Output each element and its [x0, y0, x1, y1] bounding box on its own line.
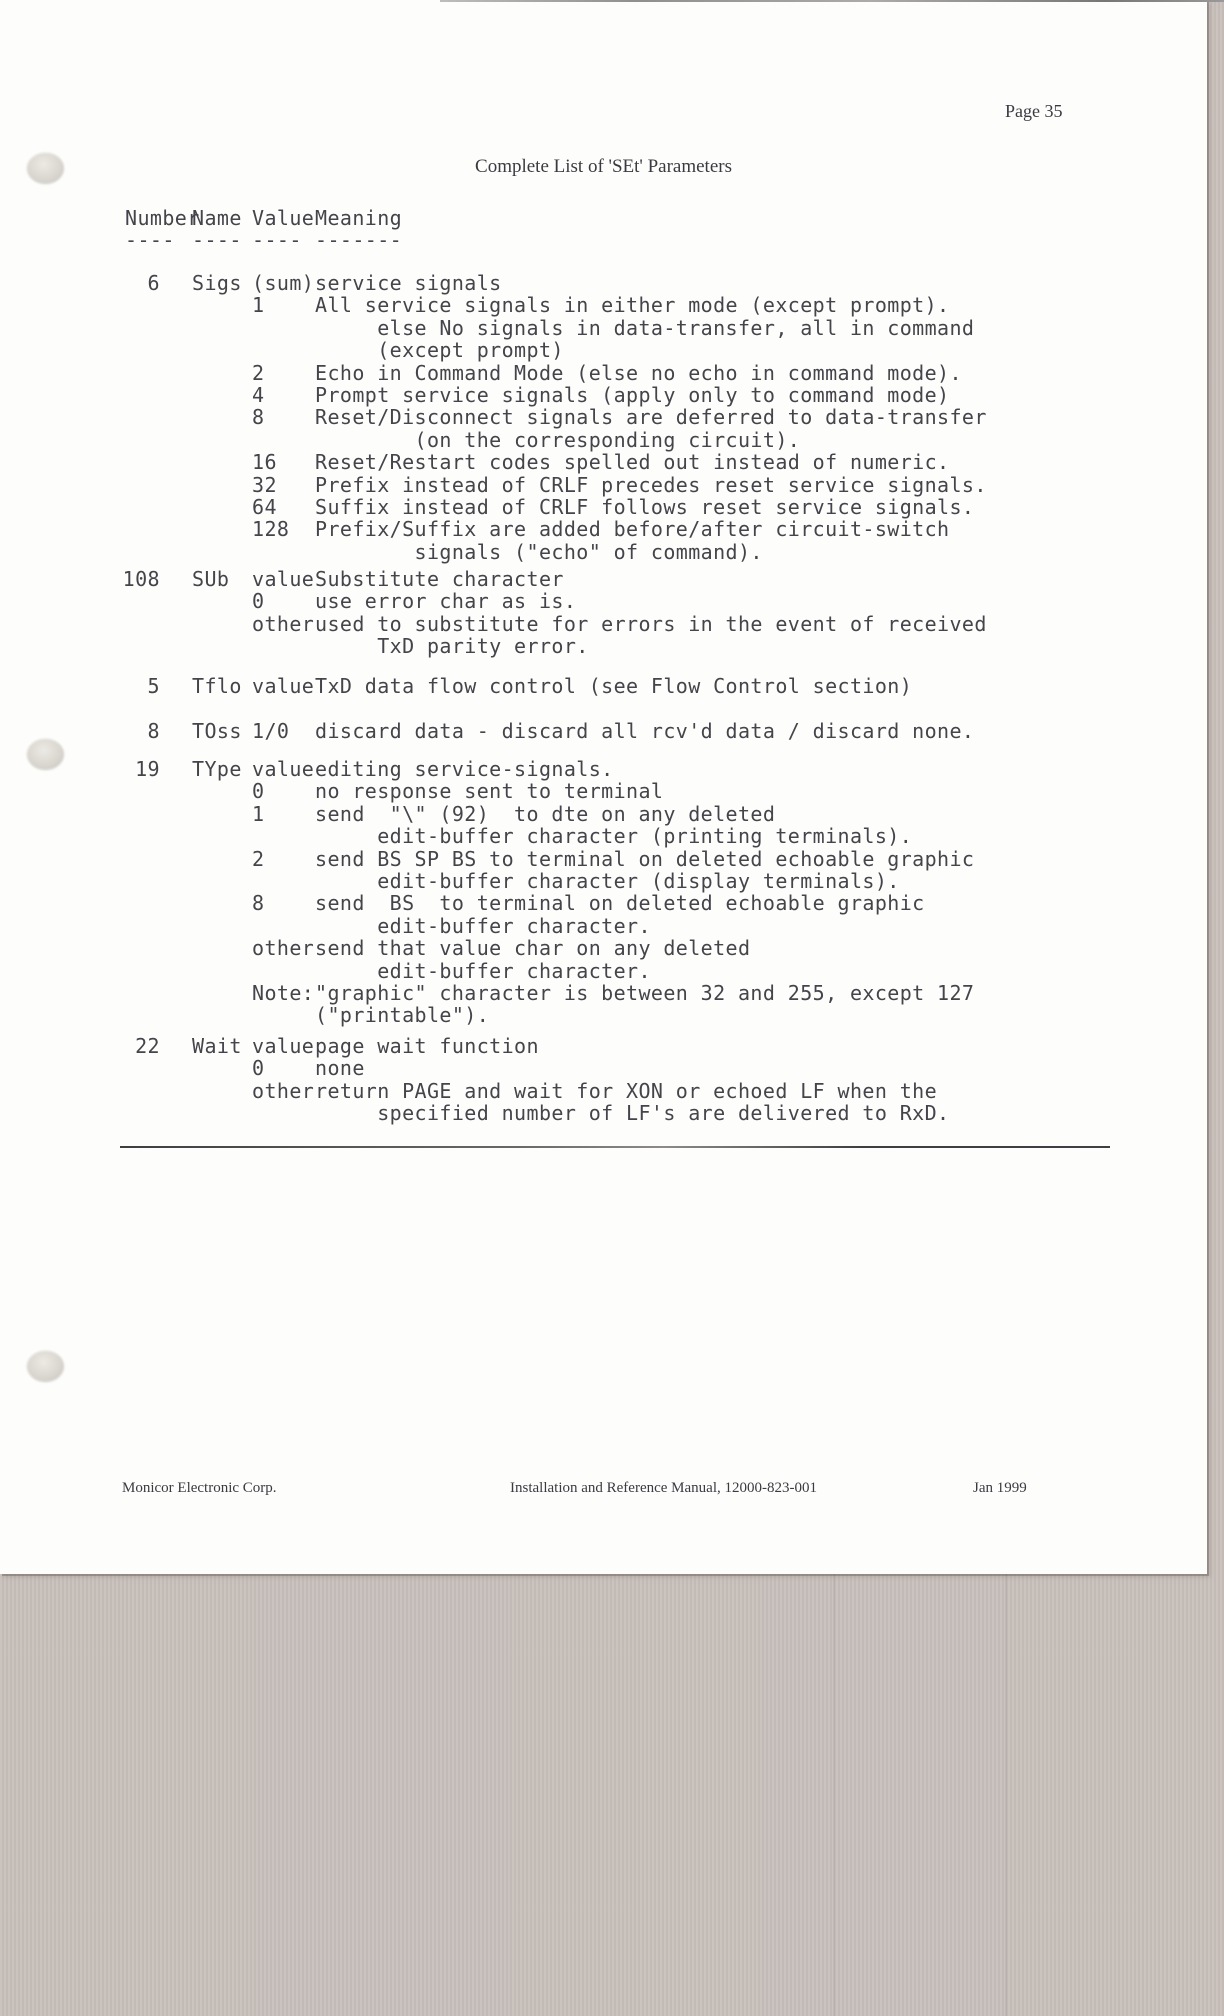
table-row: 108SUbvalueSubstitute character — [0, 568, 1207, 590]
scan-streak — [833, 1574, 835, 2016]
table-row: 6Sigs(sum)service signals — [0, 272, 1207, 294]
value-cell: 128 — [252, 518, 289, 540]
scan-background: { "page": { "page_number_label": "Page 3… — [0, 0, 1224, 2016]
underline-value: ---- — [252, 228, 302, 252]
table-row: 0no response sent to terminal — [0, 780, 1207, 802]
table-row: 8Reset/Disconnect signals are deferred t… — [0, 406, 1207, 428]
meaning-cell: edit-buffer character (printing terminal… — [315, 825, 912, 847]
underline-number: ---- — [125, 228, 175, 252]
table-row: specified number of LF's are delivered t… — [0, 1102, 1207, 1124]
meaning-cell: edit-buffer character. — [315, 960, 651, 982]
meaning-cell: send "\" (92) to dte on any deleted — [315, 803, 775, 825]
table-row: othersend that value char on any deleted — [0, 937, 1207, 959]
table-row: otherused to substitute for errors in th… — [0, 613, 1207, 635]
meaning-cell: Reset/Disconnect signals are deferred to… — [315, 406, 987, 428]
value-cell: 8 — [252, 406, 264, 428]
table-row: 8TOss1/0discard data - discard all rcv'd… — [0, 720, 1207, 742]
table-row: edit-buffer character. — [0, 915, 1207, 937]
table-row: signals ("echo" of command). — [0, 541, 1207, 563]
name-cell: Sigs — [192, 272, 242, 294]
underline-meaning: ------- — [315, 228, 402, 252]
meaning-cell: no response sent to terminal — [315, 780, 663, 802]
table-row: 1send "\" (92) to dte on any deleted — [0, 803, 1207, 825]
meaning-cell: else No signals in data-transfer, all in… — [315, 317, 974, 339]
table-row: edit-buffer character. — [0, 960, 1207, 982]
footer-manual-title: Installation and Reference Manual, 12000… — [510, 1480, 817, 1497]
parameter-table: Number Name Value Meaning ---- ---- ----… — [0, 0, 1207, 1574]
meaning-cell: Reset/Restart codes spelled out instead … — [315, 451, 950, 473]
table-row: edit-buffer character (display terminals… — [0, 870, 1207, 892]
table-row: 8send BS to terminal on deleted echoable… — [0, 892, 1207, 914]
table-row: 32Prefix instead of CRLF precedes reset … — [0, 474, 1207, 496]
value-cell: other — [252, 937, 314, 959]
value-cell: 16 — [252, 451, 277, 473]
value-cell: 2 — [252, 848, 264, 870]
value-cell: 1 — [252, 294, 264, 316]
table-header-row: Number Name Value Meaning — [0, 206, 1207, 228]
number-cell: 8 — [92, 720, 160, 742]
number-cell: 6 — [92, 272, 160, 294]
table-row: 0none — [0, 1057, 1207, 1079]
header-number: Number — [125, 206, 200, 230]
value-cell: (sum) — [252, 272, 314, 294]
meaning-cell: Prefix instead of CRLF precedes reset se… — [315, 474, 987, 496]
name-cell: TOss — [192, 720, 242, 742]
value-cell: 8 — [252, 892, 264, 914]
meaning-cell: Prompt service signals (apply only to co… — [315, 384, 950, 406]
value-cell: value — [252, 568, 314, 590]
meaning-cell: send that value char on any deleted — [315, 937, 750, 959]
table-header-underline-row: ---- ---- ---- ------- — [0, 228, 1207, 250]
meaning-cell: TxD parity error. — [315, 635, 589, 657]
table-row: 16Reset/Restart codes spelled out instea… — [0, 451, 1207, 473]
table-row: Note:"graphic" character is between 32 a… — [0, 982, 1207, 1004]
value-cell: 32 — [252, 474, 277, 496]
meaning-cell: edit-buffer character (display terminals… — [315, 870, 900, 892]
name-cell: Tflo — [192, 675, 242, 697]
table-row: 5TflovalueTxD data flow control (see Flo… — [0, 675, 1207, 697]
value-cell: 1/0 — [252, 720, 289, 742]
table-row: ("printable"). — [0, 1004, 1207, 1026]
table-row: (except prompt) — [0, 339, 1207, 361]
table-row: 19TYpevalueediting service-signals. — [0, 758, 1207, 780]
meaning-cell: discard data - discard all rcv'd data / … — [315, 720, 974, 742]
meaning-cell: TxD data flow control (see Flow Control … — [315, 675, 912, 697]
table-row: 4Prompt service signals (apply only to c… — [0, 384, 1207, 406]
footer-divider-rule — [120, 1146, 1110, 1148]
number-cell: 19 — [92, 758, 160, 780]
meaning-cell: used to substitute for errors in the eve… — [315, 613, 987, 635]
param-block-Wait: 22Waitvaluepage wait function0noneotherr… — [0, 1035, 1207, 1125]
value-cell: value — [252, 1035, 314, 1057]
param-block-Sigs: 6Sigs(sum)service signals1All service si… — [0, 272, 1207, 563]
meaning-cell: send BS to terminal on deleted echoable … — [315, 892, 925, 914]
param-block-TYpe: 19TYpevalueediting service-signals.0no r… — [0, 758, 1207, 1027]
param-block-TOss: 8TOss1/0discard data - discard all rcv'd… — [0, 720, 1207, 742]
table-row: 2Echo in Command Mode (else no echo in c… — [0, 362, 1207, 384]
table-row: 2send BS SP BS to terminal on deleted ec… — [0, 848, 1207, 870]
header-meaning: Meaning — [315, 206, 402, 230]
header-value: Value — [252, 206, 314, 230]
meaning-cell: return PAGE and wait for XON or echoed L… — [315, 1080, 937, 1102]
meaning-cell: none — [315, 1057, 365, 1079]
value-cell: 4 — [252, 384, 264, 406]
underline-name: ---- — [192, 228, 242, 252]
param-block-Tflo: 5TflovalueTxD data flow control (see Flo… — [0, 675, 1207, 697]
meaning-cell: service signals — [315, 272, 502, 294]
name-cell: TYpe — [192, 758, 242, 780]
meaning-cell: send BS SP BS to terminal on deleted ech… — [315, 848, 974, 870]
meaning-cell: Prefix/Suffix are added before/after cir… — [315, 518, 950, 540]
meaning-cell: Substitute character — [315, 568, 564, 590]
value-cell: 2 — [252, 362, 264, 384]
meaning-cell: "graphic" character is between 32 and 25… — [315, 982, 974, 1004]
meaning-cell: edit-buffer character. — [315, 915, 651, 937]
table-row: else No signals in data-transfer, all in… — [0, 317, 1207, 339]
meaning-cell: (on the corresponding circuit). — [315, 429, 800, 451]
meaning-cell: use error char as is. — [315, 590, 576, 612]
meaning-cell: ("printable"). — [315, 1004, 489, 1026]
name-cell: Wait — [192, 1035, 242, 1057]
value-cell: other — [252, 1080, 314, 1102]
table-row: 22Waitvaluepage wait function — [0, 1035, 1207, 1057]
meaning-cell: signals ("echo" of command). — [315, 541, 763, 563]
scan-streak — [1005, 1574, 1007, 2016]
value-cell: 0 — [252, 590, 264, 612]
table-row: 0use error char as is. — [0, 590, 1207, 612]
table-row: 128Prefix/Suffix are added before/after … — [0, 518, 1207, 540]
scanned-page: Page 35 Complete List of 'SEt' Parameter… — [0, 0, 1207, 1574]
value-cell: 0 — [252, 780, 264, 802]
table-row: 1All service signals in either mode (exc… — [0, 294, 1207, 316]
name-cell: SUb — [192, 568, 229, 590]
number-cell: 22 — [92, 1035, 160, 1057]
param-block-SUb: 108SUbvalueSubstitute character0use erro… — [0, 568, 1207, 658]
table-row: (on the corresponding circuit). — [0, 429, 1207, 451]
meaning-cell: page wait function — [315, 1035, 539, 1057]
value-cell: value — [252, 675, 314, 697]
header-name: Name — [192, 206, 242, 230]
value-cell: value — [252, 758, 314, 780]
footer-date: Jan 1999 — [973, 1480, 1027, 1497]
table-row: TxD parity error. — [0, 635, 1207, 657]
meaning-cell: specified number of LF's are delivered t… — [315, 1102, 950, 1124]
table-row: 64Suffix instead of CRLF follows reset s… — [0, 496, 1207, 518]
value-cell: Note: — [252, 982, 314, 1004]
meaning-cell: editing service-signals. — [315, 758, 614, 780]
footer-company: Monicor Electronic Corp. — [122, 1480, 277, 1497]
meaning-cell: Suffix instead of CRLF follows reset ser… — [315, 496, 974, 518]
table-row: edit-buffer character (printing terminal… — [0, 825, 1207, 847]
table-row: otherreturn PAGE and wait for XON or ech… — [0, 1080, 1207, 1102]
value-cell: 64 — [252, 496, 277, 518]
meaning-cell: (except prompt) — [315, 339, 564, 361]
number-cell: 5 — [92, 675, 160, 697]
value-cell: 0 — [252, 1057, 264, 1079]
meaning-cell: All service signals in either mode (exce… — [315, 294, 950, 316]
number-cell: 108 — [92, 568, 160, 590]
meaning-cell: Echo in Command Mode (else no echo in co… — [315, 362, 962, 384]
value-cell: 1 — [252, 803, 264, 825]
value-cell: other — [252, 613, 314, 635]
